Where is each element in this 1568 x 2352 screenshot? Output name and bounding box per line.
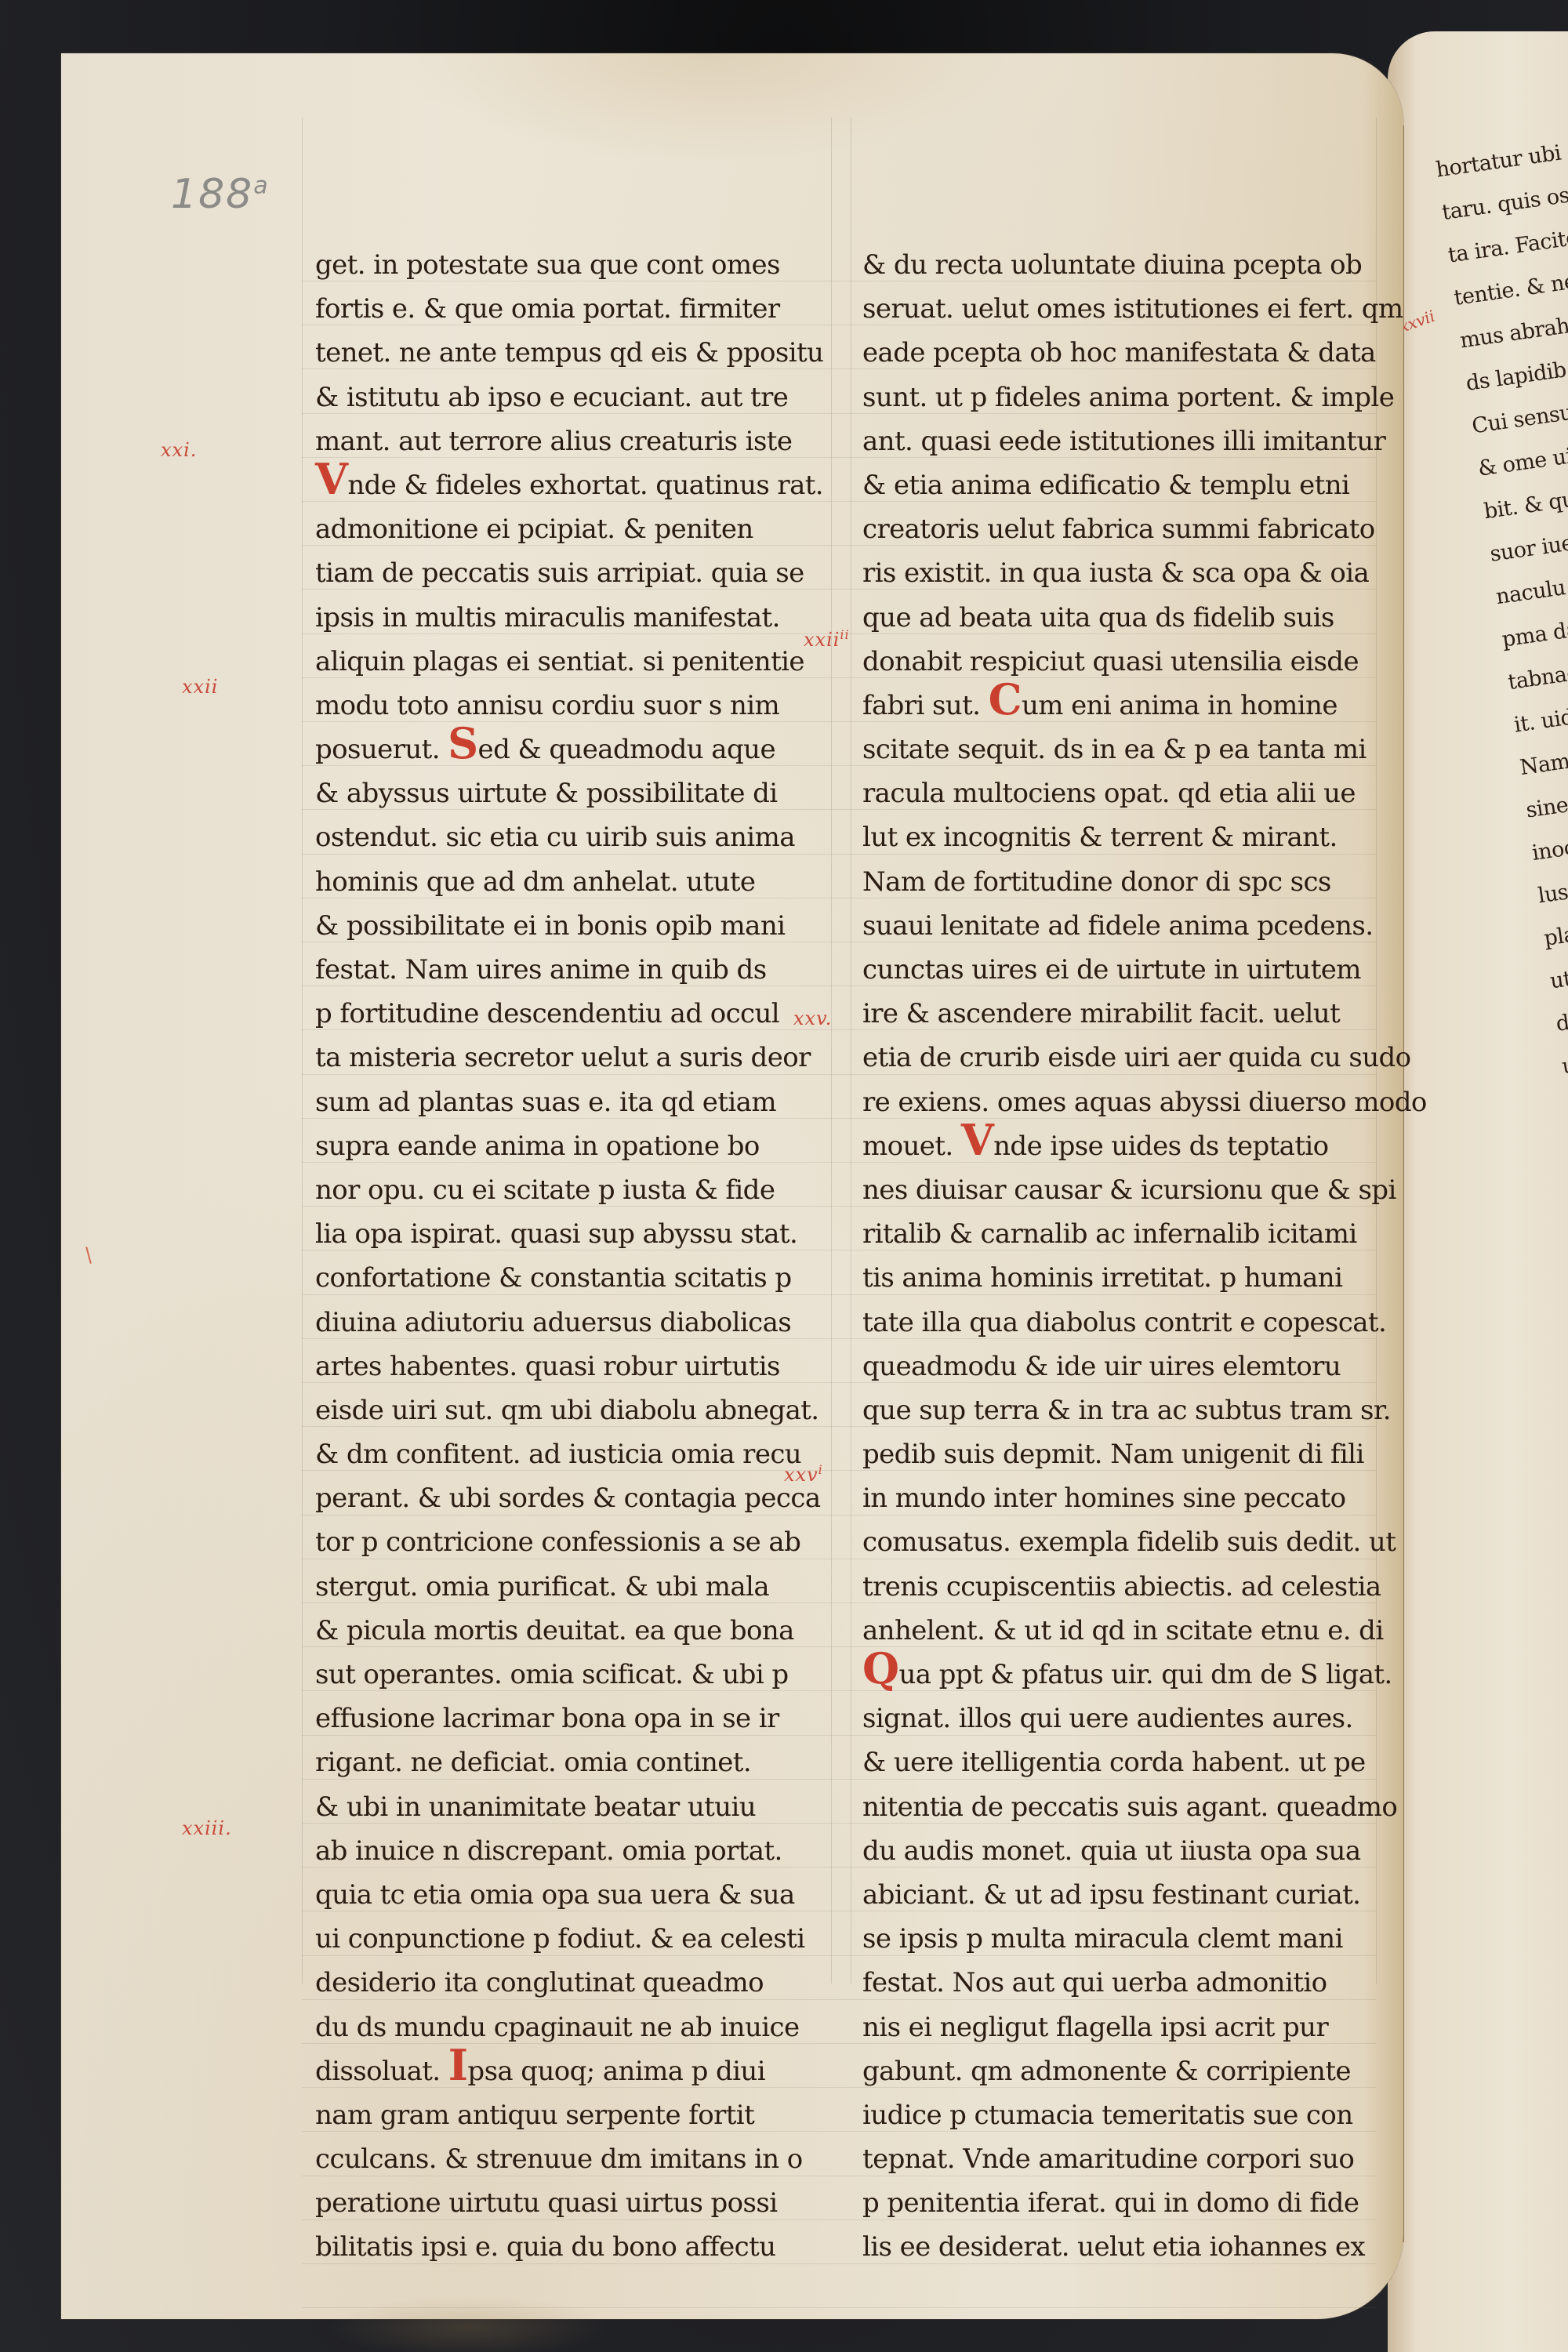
adjacent-leaf: xxvii hortatur ubi dicit.taru. quis oste… — [1388, 31, 1568, 2352]
text-line: posuerut. Sed & queadmodu aque — [315, 728, 825, 771]
horizontal-ruling — [302, 2307, 1376, 2308]
text-line: du audis monet. quia ut iiusta opa sua — [862, 1829, 1364, 1873]
line-prefix: dissoluat. — [315, 2056, 448, 2087]
text-line: ab inuice n discrepant. omia portat. — [315, 1829, 825, 1873]
text-line: bilitatis ipsi e. quia du bono affectu — [315, 2225, 825, 2269]
line-text: um eni anima in homine — [1022, 690, 1338, 721]
rubric-label: xxii — [804, 629, 840, 651]
text-line: ire & ascendere mirabilit facit. uelut — [862, 992, 1364, 1036]
text-line: & etia anima edificatio & templu etni — [862, 463, 1364, 507]
text-line: admonitione ei pcipiat. & peniten — [315, 507, 825, 551]
red-initial: Q — [862, 1643, 898, 1693]
text-line: eisde uiri sut. qm ubi diabolu abnegat. — [315, 1388, 825, 1432]
rubric-label: xxv. — [793, 1007, 832, 1029]
text-line: ostendut. sic etia cu uirib suis anima — [315, 815, 825, 859]
red-initial: S — [448, 718, 477, 768]
vertical-ruling — [831, 118, 832, 1984]
rubric-label: xxv — [784, 1464, 818, 1486]
red-initial: V — [961, 1115, 993, 1165]
chapter-number-rubric: xxv. — [793, 1007, 832, 1029]
text-line: modu toto annisu cordiu suor s nim — [315, 684, 825, 728]
text-line: tate illa qua diabolus contrit e copesca… — [862, 1301, 1364, 1345]
text-line: Vnde & fideles exhortat. quatinus rat. — [315, 463, 825, 507]
text-line: Qua ppt & pfatus uir. qui dm de S ligat. — [862, 1653, 1364, 1697]
line-text: psa quoq; anima p diui — [467, 2056, 765, 2087]
text-line: tepnat. Vnde amaritudine corpori suo — [862, 2137, 1364, 2181]
text-line: abiciant. & ut ad ipsu festinant curiat. — [862, 1873, 1364, 1917]
vertical-ruling — [851, 118, 851, 1984]
text-line: sum ad plantas suas e. ita qd etiam — [315, 1080, 825, 1124]
text-line: gabunt. qm admonente & corripiente — [862, 2049, 1364, 2093]
text-line: que sup terra & in tra ac subtus tram sr… — [862, 1388, 1364, 1432]
text-line: aliquin plagas ei sentiat. si penitentie — [315, 640, 825, 684]
text-line: & possibilitate ei in bonis opib mani — [315, 904, 825, 948]
text-line: & dm confitent. ad iusticia omia recu — [315, 1432, 825, 1476]
text-line: tor p contricione confessionis a se ab — [315, 1520, 825, 1564]
text-line: fortis e. & que omia portat. firmiter — [315, 287, 825, 331]
text-line: get. in potestate sua que cont omes — [315, 243, 825, 287]
text-line: & du recta uoluntate diuina pcepta ob — [862, 243, 1364, 287]
text-line: nitentia de peccatis suis agant. queadmo — [862, 1785, 1364, 1829]
text-line: artes habentes. quasi robur uirtutis — [315, 1345, 825, 1388]
text-line: fabri sut. Cum eni anima in homine — [862, 684, 1364, 728]
line-text: nde ipse uides ds teptatio — [993, 1131, 1328, 1162]
text-line: desiderio ita conglutinat queadmo — [315, 1961, 825, 2005]
text-line: supra eande anima in opatione bo — [315, 1124, 825, 1168]
text-line: signat. illos qui uere audientes aures. — [862, 1697, 1364, 1740]
chapter-number-rubric: xxiii. — [182, 1817, 232, 1839]
text-line: sut operantes. omia scificat. & ubi p — [315, 1653, 825, 1697]
text-line: quia tc etia omia opa sua uera & sua — [315, 1873, 825, 1917]
text-line: eade pcepta ob hoc manifestata & data — [862, 331, 1364, 375]
text-line: nam gram antiquu serpente fortit — [315, 2093, 825, 2137]
text-line: cculcans. & strenuue dm imitans in o — [315, 2137, 825, 2181]
text-line: seruat. uelut omes istitutiones ei fert.… — [862, 287, 1364, 331]
line-text: ua ppt & pfatus uir. qui dm de S ligat. — [898, 1659, 1392, 1690]
text-line: ipsis in multis miraculis manifestat. — [315, 596, 825, 640]
text-line: diuina adiutoriu aduersus diabolicas — [315, 1301, 825, 1345]
red-initial: I — [448, 2040, 468, 2090]
vertical-ruling — [302, 118, 303, 1984]
text-line: suaui lenitate ad fidele anima pcedens. — [862, 904, 1364, 948]
text-line: iudice p ctumacia temeritatis sue con — [862, 2093, 1364, 2137]
leaf-text-block: hortatur ubi dicit.taru. quis ostenditta… — [1433, 121, 1568, 2114]
text-line: trenis ccupiscentiis abiectis. ad celest… — [862, 1565, 1364, 1609]
chapter-number-rubric: xxvi — [784, 1462, 823, 1486]
red-initial: V — [315, 454, 347, 504]
text-line: nes diuisar causar & icursionu que & spi — [862, 1168, 1364, 1212]
text-line: rigant. ne deficiat. omia continet. — [315, 1740, 825, 1784]
text-line: anhelent. & ut id qd in scitate etnu e. … — [862, 1609, 1364, 1653]
text-line: peratione uirtutu quasi uirtus possi — [315, 2181, 825, 2225]
rubric-superscript: ii — [840, 627, 849, 642]
text-line: ris existit. in qua iusta & sca opa & oi… — [862, 551, 1364, 595]
text-line: du ds mundu cpaginauit ne ab inuice — [315, 2005, 825, 2049]
water-stain — [328, 2296, 610, 2352]
chapter-number-rubric: xxi. — [161, 439, 197, 461]
text-column-1: get. in potestate sua que cont omesforti… — [315, 243, 825, 2270]
text-line: ui conpunctione p fodiut. & ea celesti — [315, 1917, 825, 1961]
text-line: & istitutu ab ipso e ecuciant. aut tre — [315, 376, 825, 419]
line-prefix: fabri sut. — [862, 690, 989, 721]
text-column-2: & du recta uoluntate diuina pcepta obser… — [862, 243, 1364, 2270]
text-line: in mundo inter homines sine peccato — [862, 1476, 1364, 1520]
rubric-superscript: i — [818, 1462, 823, 1477]
text-line: p fortitudine descendentiu ad occul — [315, 992, 825, 1036]
text-line: ta misteria secretor uelut a suris deor — [315, 1036, 825, 1080]
text-line: ant. quasi eede istitutiones illi imitan… — [862, 419, 1364, 463]
text-line: dissoluat. Ipsa quoq; anima p diui — [315, 2049, 825, 2093]
text-line: tiam de peccatis suis arripiat. quia se — [315, 551, 825, 595]
text-line: p penitentia iferat. qui in domo di fide — [862, 2181, 1364, 2225]
folio-suffix: a — [253, 172, 269, 200]
text-line: hominis que ad dm anhelat. utute — [315, 860, 825, 904]
text-line: creatoris uelut fabrica summi fabricato — [862, 507, 1364, 551]
text-line: stergut. omia purificat. & ubi mala — [315, 1565, 825, 1609]
text-line: & ubi in unanimitate beatar utuiu — [315, 1785, 825, 1829]
folio-number-digits: 188 — [171, 171, 253, 218]
text-line: festat. Nos aut qui uerba admonitio — [862, 1961, 1364, 2005]
text-line: cunctas uires ei de uirtute in uirtutem — [862, 948, 1364, 992]
text-line: comusatus. exempla fidelib suis dedit. u… — [862, 1520, 1364, 1564]
rubric-label: xxii — [182, 676, 218, 698]
text-line: nis ei negligut flagella ipsi acrit pur — [862, 2005, 1364, 2049]
line-text: ed & queadmodu aque — [478, 734, 775, 765]
text-line: & uere itelligentia corda habent. ut pe — [862, 1740, 1364, 1784]
text-line: confortatione & constantia scitatis p — [315, 1256, 825, 1300]
text-line: mouet. Vnde ipse uides ds teptatio — [862, 1124, 1364, 1168]
line-text: nde & fideles exhortat. quatinus rat. — [347, 470, 823, 501]
text-line: mant. aut terrore alius creaturis iste — [315, 419, 825, 463]
text-line: scitate sequit. ds in ea & p ea tanta mi — [862, 728, 1364, 771]
text-line: lia opa ispirat. quasi sup abyssu stat. — [315, 1212, 825, 1256]
text-line: Nam de fortitudine donor di spc scs — [862, 860, 1364, 904]
rubric-label: xxiii. — [182, 1817, 232, 1839]
text-line: pedib suis depmit. Nam unigenit di fili — [862, 1432, 1364, 1476]
text-line: & picula mortis deuitat. ea que bona — [315, 1609, 825, 1653]
chapter-number-rubric: xxii — [182, 676, 218, 698]
text-line: ritalib & carnalib ac infernalib icitami — [862, 1212, 1364, 1256]
text-line: & abyssus uirtute & possibilitate di — [315, 771, 825, 815]
text-line: se ipsis p multa miracula clemt mani — [862, 1917, 1364, 1961]
text-line: queadmodu & ide uir uires elemtoru — [862, 1345, 1364, 1388]
text-line: nor opu. cu ei scitate p iusta & fide — [315, 1168, 825, 1212]
line-prefix: mouet. — [862, 1131, 961, 1162]
text-line: donabit respiciut quasi utensilia eisde — [862, 640, 1364, 684]
text-line: sunt. ut p fideles anima portent. & impl… — [862, 376, 1364, 419]
text-line: perant. & ubi sordes & contagia pecca — [315, 1476, 825, 1520]
chapter-number-rubric: xxiiii — [804, 627, 850, 651]
text-line: lut ex incognitis & terrent & mirant. — [862, 815, 1364, 859]
red-initial: C — [989, 674, 1022, 724]
text-line: que ad beata uita qua ds fidelib suis — [862, 596, 1364, 640]
text-line: tis anima hominis irretitat. p humani — [862, 1256, 1364, 1300]
line-prefix: posuerut. — [315, 734, 448, 765]
text-line: effusione lacrimar bona opa in se ir — [315, 1697, 825, 1740]
text-line: festat. Nam uires anime in quib ds — [315, 948, 825, 992]
rubric-label: xxi. — [161, 439, 197, 461]
text-line: etia de crurib eisde uiri aer quida cu s… — [862, 1036, 1364, 1080]
folio-number: 188a — [171, 171, 270, 218]
text-line: tenet. ne ante tempus qd eis & ppositu — [315, 331, 825, 375]
text-line: re exiens. omes aquas abyssi diuerso mod… — [862, 1080, 1364, 1124]
text-line: racula multociens opat. qd etia alii ue — [862, 771, 1364, 815]
text-line: lis ee desiderat. uelut etia iohannes ex — [862, 2225, 1364, 2269]
